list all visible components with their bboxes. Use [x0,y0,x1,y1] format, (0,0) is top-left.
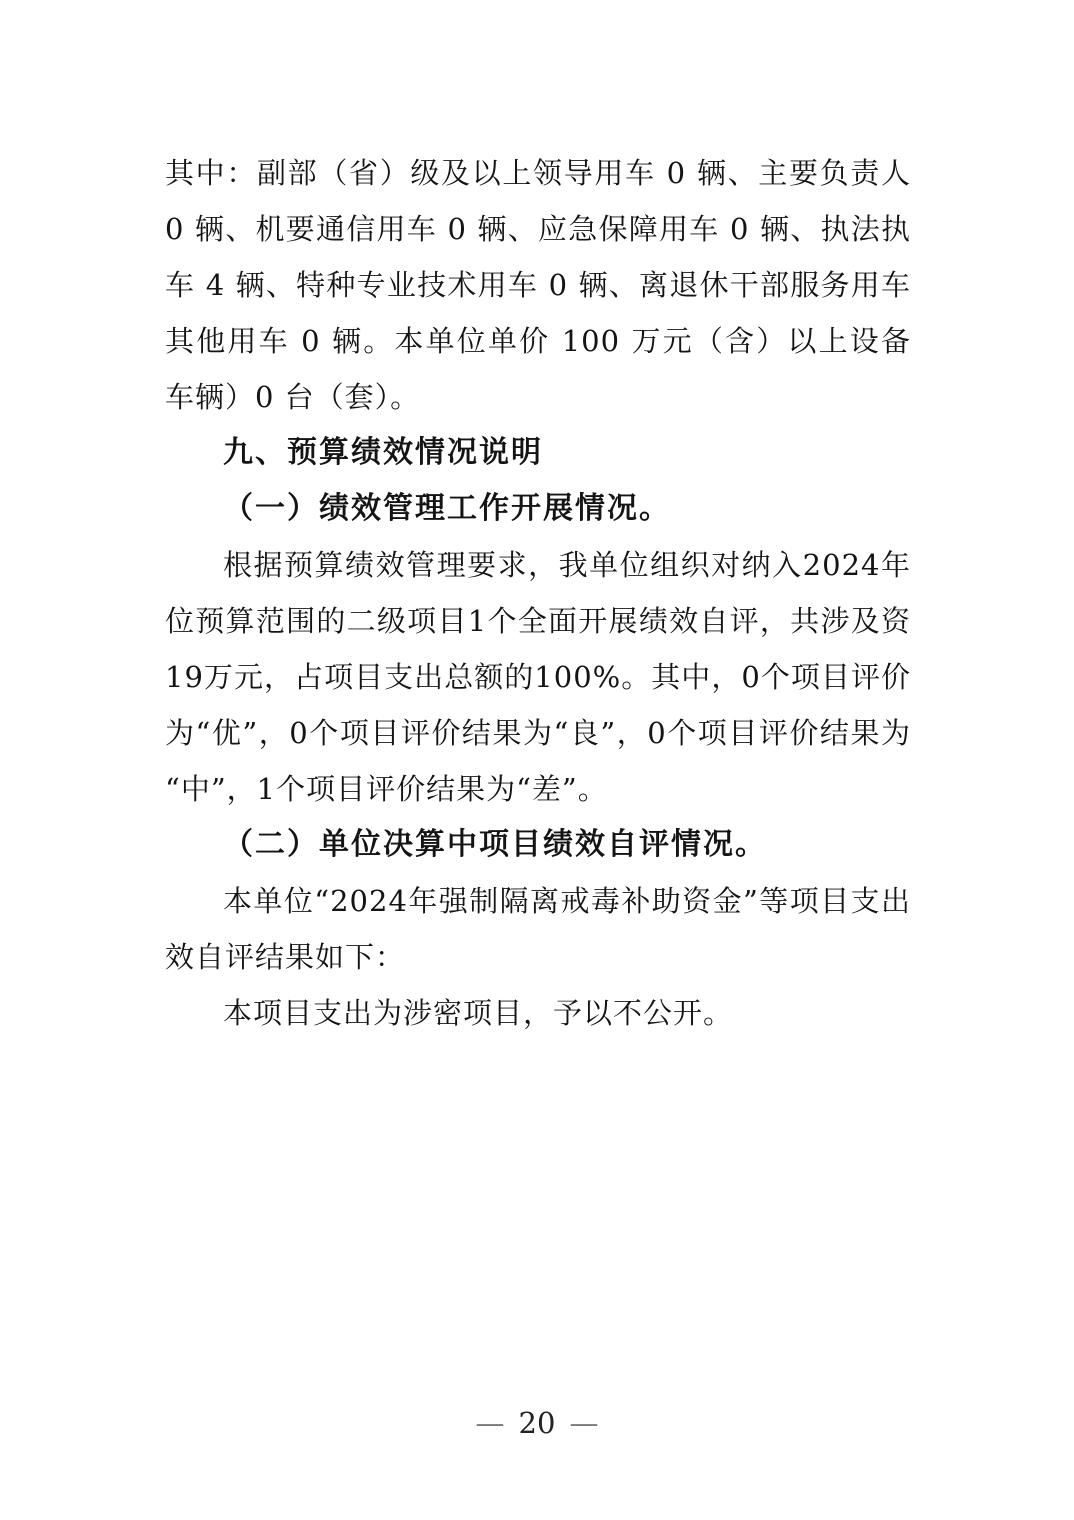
paragraph-line: 为“优”，0个项目评价结果为“良”，0个项目评价结果为 [165,705,911,761]
paragraph-line: 本单位“2024年强制隔离戒毒补助资金”等项目支出绩 [165,873,911,929]
paragraph-line: 19万元，占项目支出总额的100%。其中，0个项目评价结果 [165,649,911,705]
paragraph-line: 车辆）0 台（套）。 [165,369,911,425]
document-content: 其中：副部（省）级及以上领导用车 0 辆、主要负责人用车 0 辆、机要通信用车 … [165,145,911,1041]
paragraph-line: 根据预算绩效管理要求，我单位组织对纳入2024年度单 [165,537,911,593]
page-number: 20 [519,1402,556,1444]
paragraph-line: 本项目支出为涉密项目，予以不公开。 [165,985,911,1041]
document-page: 其中：副部（省）级及以上领导用车 0 辆、主要负责人用车 0 辆、机要通信用车 … [0,0,1074,1520]
page-footer: — 20 — [0,1402,1074,1444]
paragraph-line: 其他用车 0 辆。本单位单价 100 万元（含）以上设备（不含 [165,313,911,369]
paragraph-line: 效自评结果如下： [165,929,911,985]
paragraph-line: “中”，1个项目评价结果为“差”。 [165,761,911,817]
paragraph-line: 车 4 辆、特种专业技术用车 0 辆、离退休干部服务用车 0 辆、 [165,257,911,313]
subsection-heading: （一）绩效管理工作开展情况。 [165,481,911,537]
footer-dash-left: — [476,1402,505,1444]
section-heading: 九、预算绩效情况说明 [165,425,911,481]
paragraph-line: 位预算范围的二级项目1个全面开展绩效自评，共涉及资金 [165,593,911,649]
paragraph-line: 其中：副部（省）级及以上领导用车 0 辆、主要负责人用车 [165,145,911,201]
paragraph-line: 0 辆、机要通信用车 0 辆、应急保障用车 0 辆、执法执勤用 [165,201,911,257]
footer-dash-right: — [569,1402,598,1444]
subsection-heading: （二）单位决算中项目绩效自评情况。 [165,817,911,873]
